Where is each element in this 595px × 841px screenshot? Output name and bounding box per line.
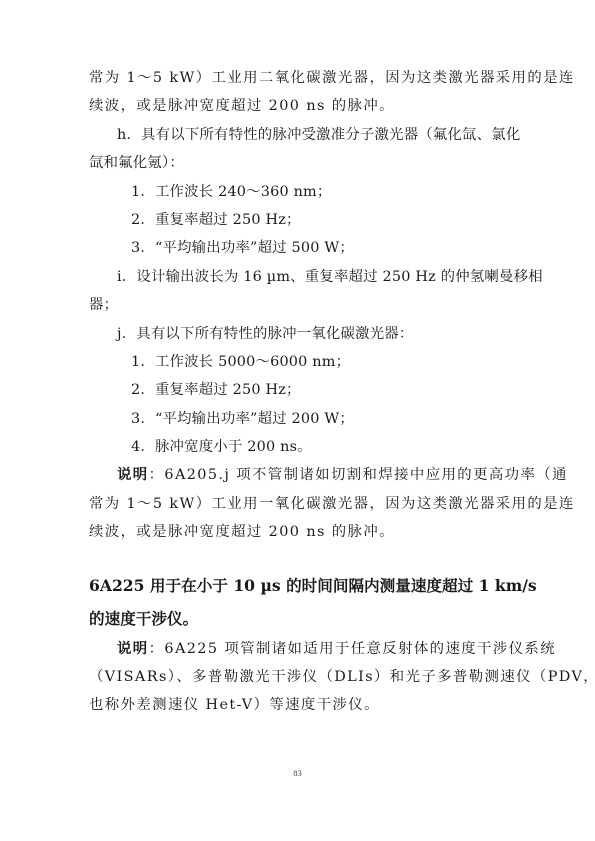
item-j-title: j．具有以下所有特性的脉冲一氧化碳激光器： (89, 320, 507, 348)
item-h-title: h．具有以下所有特性的脉冲受激准分子激光器（氟化氙、氯化 (89, 121, 507, 149)
page-number: 83 (0, 768, 595, 778)
note-j-line-3: 续波，或是脉冲宽度超过 200 ns 的脉冲。 (89, 518, 507, 546)
spacer (89, 547, 507, 569)
note-6A225-line-3: 也称外差测速仪 Het-V）等速度干涉仪。 (89, 691, 507, 719)
section-heading: 6A225 用于在小于 10 µs 的时间间隔内测量速度超过 1 km/s (89, 569, 507, 602)
note-j-line-1: 说明：6A205.j 项不管制诸如切割和焊接中应用的更高功率（通 (89, 461, 507, 489)
section-heading-cont: 的速度干涉仪。 (89, 602, 507, 635)
item-h-spec-2: 2．重复率超过 250 Hz； (89, 206, 507, 234)
item-j-spec-1: 1．工作波长 5000～6000 nm； (89, 348, 507, 376)
item-h-title-cont: 氙和氟化氪）： (89, 149, 507, 177)
item-j-spec-4: 4．脉冲宽度小于 200 ns。 (89, 433, 507, 461)
note-6A225-line-1: 说明：6A225 项管制诸如适用于任意反射体的速度干涉仪系统 (89, 635, 507, 663)
item-i-title-cont: 器； (89, 291, 507, 319)
item-j-spec-2: 2．重复率超过 250 Hz； (89, 376, 507, 404)
paragraph-line: 续波，或是脉冲宽度超过 200 ns 的脉冲。 (89, 92, 507, 120)
item-i-title: i．设计输出波长为 16 µm、重复率超过 250 Hz 的仲氢喇曼移相 (89, 263, 507, 291)
item-j-spec-3: 3．“平均输出功率”超过 200 W； (89, 405, 507, 433)
paragraph-line: 常为 1～5 kW）工业用二氧化碳激光器，因为这类激光器采用的是连 (89, 64, 507, 92)
item-h-spec-1: 1．工作波长 240～360 nm； (89, 178, 507, 206)
note-label: 说明 (117, 640, 149, 657)
note-text: ：6A225 项管制诸如适用于任意反射体的速度干涉仪系统 (149, 641, 556, 657)
document-page: 常为 1～5 kW）工业用二氧化碳激光器，因为这类激光器采用的是连 续波，或是脉… (89, 64, 507, 720)
item-h-spec-3: 3．“平均输出功率”超过 500 W； (89, 234, 507, 262)
note-6A225-line-2: （VISARs）、多普勒激光干涉仪（DLIs）和光子多普勒测速仪（PDV， (89, 663, 507, 691)
note-text: ：6A205.j 项不管制诸如切割和焊接中应用的更高功率（通 (149, 467, 568, 483)
note-label: 说明 (117, 466, 149, 483)
note-j-line-2: 常为 1～5 kW）工业用一氧化碳激光器，因为这类激光器采用的是连 (89, 490, 507, 518)
